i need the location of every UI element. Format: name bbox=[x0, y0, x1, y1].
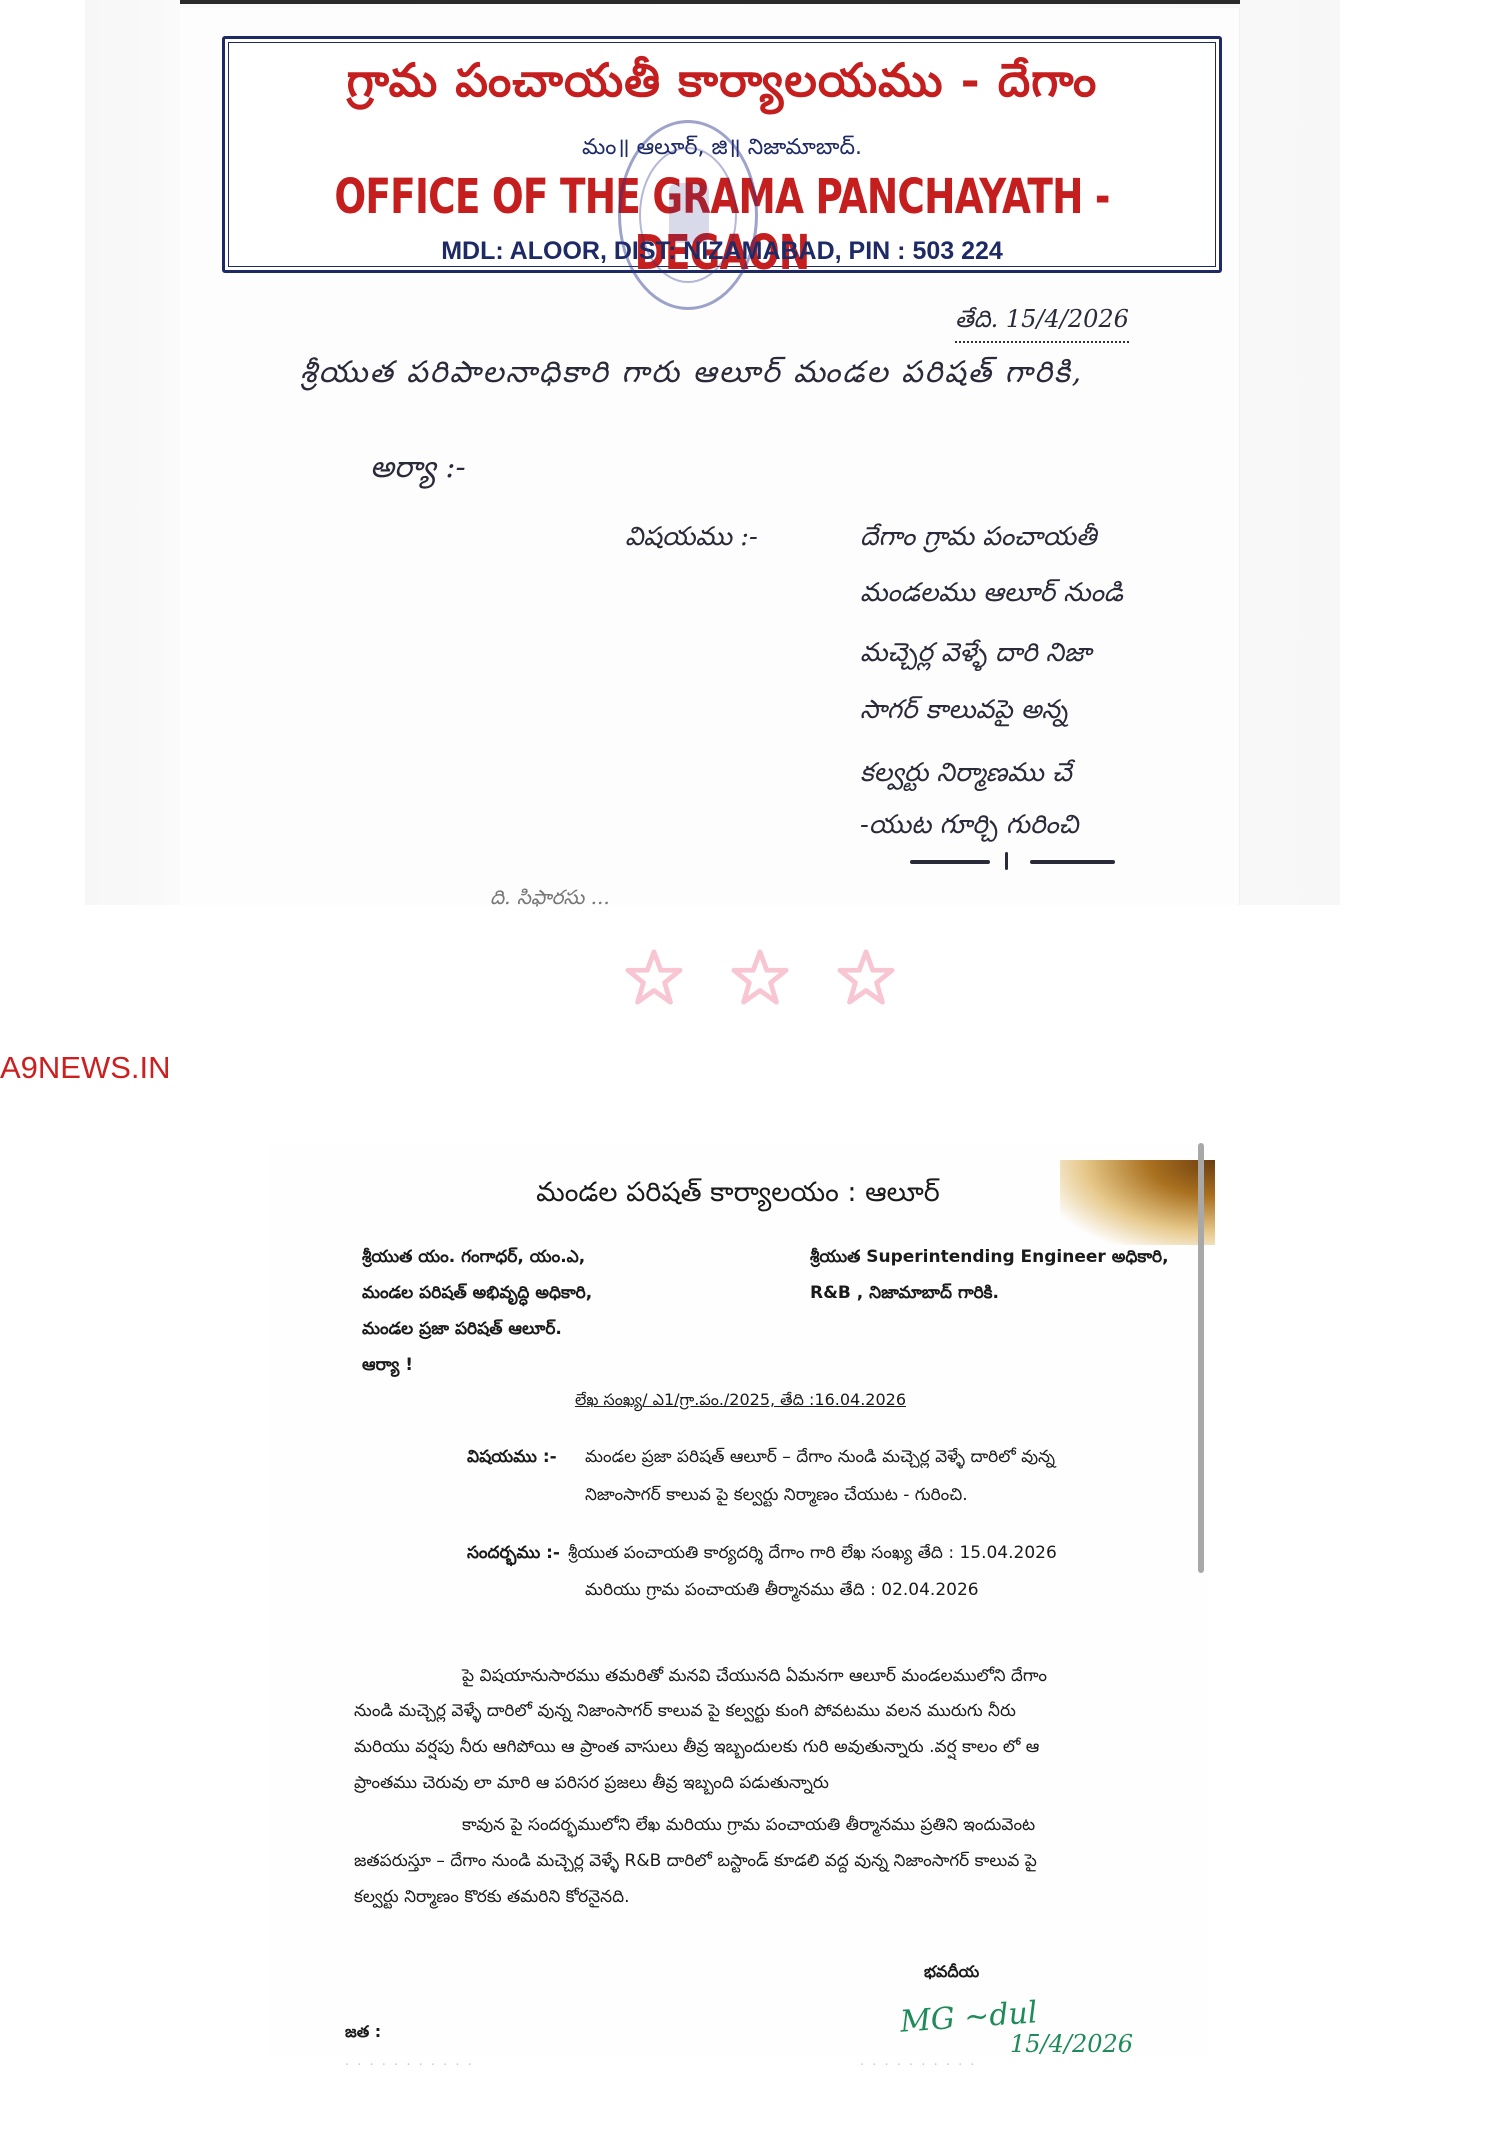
body-line: కల్వర్టు నిర్మాణం కొరకు తమరిని కోరనైనది. bbox=[354, 1887, 629, 1911]
subject-label: విషయము :- bbox=[467, 1447, 557, 1471]
subject-end-mark bbox=[910, 860, 1120, 866]
reference-label: సందర్భము :- bbox=[467, 1543, 560, 1567]
subject-label: విషయము :- bbox=[625, 522, 758, 558]
sender-line: మండల పరిషత్ అభివృద్ధి అధికారి, bbox=[362, 1283, 592, 1307]
reference-number: లేఖ సంఖ్య/ ఎ1/గ్రా.పం./2025, తేది :16.04… bbox=[575, 1390, 906, 1413]
subject-line: -యుట గూర్చి గురించి bbox=[860, 810, 1078, 846]
official-seal-icon bbox=[618, 120, 758, 310]
recipient-line: శ్రీయుత Superintending Engineer అధికారి, bbox=[810, 1247, 1169, 1271]
salutation: శ్రీయుత పరిపాలనాధికారి గారు ఆలూర్ మండల ప… bbox=[300, 355, 1083, 397]
body-line: ప్రాంతము చెరువు లా మారి ఆ పరిసర ప్రజలు త… bbox=[354, 1773, 829, 1797]
body-line: పై విషయానుసారము తమరితో మనవి చేయునది ఏమనగ… bbox=[462, 1666, 1047, 1690]
site-watermark: A9NEWS.IN bbox=[0, 1050, 171, 1086]
cut-off-text: ది. సిఫారసు ... bbox=[490, 885, 610, 914]
enclosure-label: జత : bbox=[345, 2022, 381, 2045]
sender-line: ఆర్యా ! bbox=[362, 1355, 413, 1379]
star-icon bbox=[625, 948, 683, 1006]
body-line: జతపరుస్తూ – దేగాం నుండి మచ్చెర్ల వెళ్ళే … bbox=[354, 1851, 1037, 1875]
body-line: మరియు వర్షపు నీరు ఆగిపోయి ఆ ప్రాంత వాసుల… bbox=[354, 1737, 1039, 1761]
star-separator bbox=[625, 948, 895, 1008]
sender-line: శ్రీయుత యం. గంగాధర్, యం.ఎ, bbox=[362, 1247, 585, 1271]
subject-line: దేగాం గ్రామ పంచాయతీ bbox=[860, 522, 1097, 558]
subject-line: మచ్చెర్ల వెళ్ళే దారి నిజా bbox=[860, 638, 1091, 674]
scan-top-edge bbox=[180, 0, 1240, 4]
letter-date: తేది. 15/4/2026 bbox=[955, 305, 1129, 343]
greeting: అర్యా :- bbox=[370, 450, 466, 492]
subject-line: నిజాంసాగర్ కాలువ పై కల్వర్టు నిర్మాణం చే… bbox=[585, 1485, 968, 1509]
subject-line: మండల ప్రజా పరిషత్ ఆలూర్ – దేగాం నుండి మచ… bbox=[585, 1447, 1055, 1471]
recipient-line: R&B , నిజామాబాద్ గారికి. bbox=[810, 1283, 999, 1307]
reference-line: మరియు గ్రామ పంచాయతి తీర్మానము తేది : 02.… bbox=[585, 1580, 979, 1604]
sender-line: మండల ప్రజా పరిషత్ ఆలూర్. bbox=[362, 1319, 562, 1343]
reference-line: శ్రీయుత పంచాయతి కార్యదర్శి దేగాం గారి లే… bbox=[568, 1543, 1057, 1567]
faded-text: · · · · · · · · · · bbox=[860, 2058, 977, 2073]
subject-line: సాగర్ కాలువపై అన్న bbox=[860, 695, 1068, 731]
body-line: నుండి మచ్చెర్ల వెళ్ళే దారిలో వున్న నిజాం… bbox=[354, 1701, 1016, 1725]
faded-text: · · · · · · · · · · · bbox=[345, 2058, 474, 2073]
office-title: మండల పరిషత్ కార్యాలయం : ఆలూర్ bbox=[268, 1177, 1208, 1215]
body-line: కావున పై సందర్భములోని లేఖ మరియు గ్రామ పం… bbox=[462, 1815, 1035, 1839]
letterhead-title-telugu: గ్రామ పంచాయతీ కార్యాలయము - దేగాం bbox=[225, 53, 1219, 119]
subject-line: మండలము ఆలూర్ నుండి bbox=[860, 578, 1123, 614]
signature-date: 15/4/2026 bbox=[1010, 2030, 1133, 2058]
closing: భవదీయ bbox=[924, 1962, 979, 1985]
star-icon bbox=[837, 948, 895, 1006]
star-icon bbox=[731, 948, 789, 1006]
subject-line: కల్వర్టు నిర్మాణము చే bbox=[860, 758, 1072, 794]
